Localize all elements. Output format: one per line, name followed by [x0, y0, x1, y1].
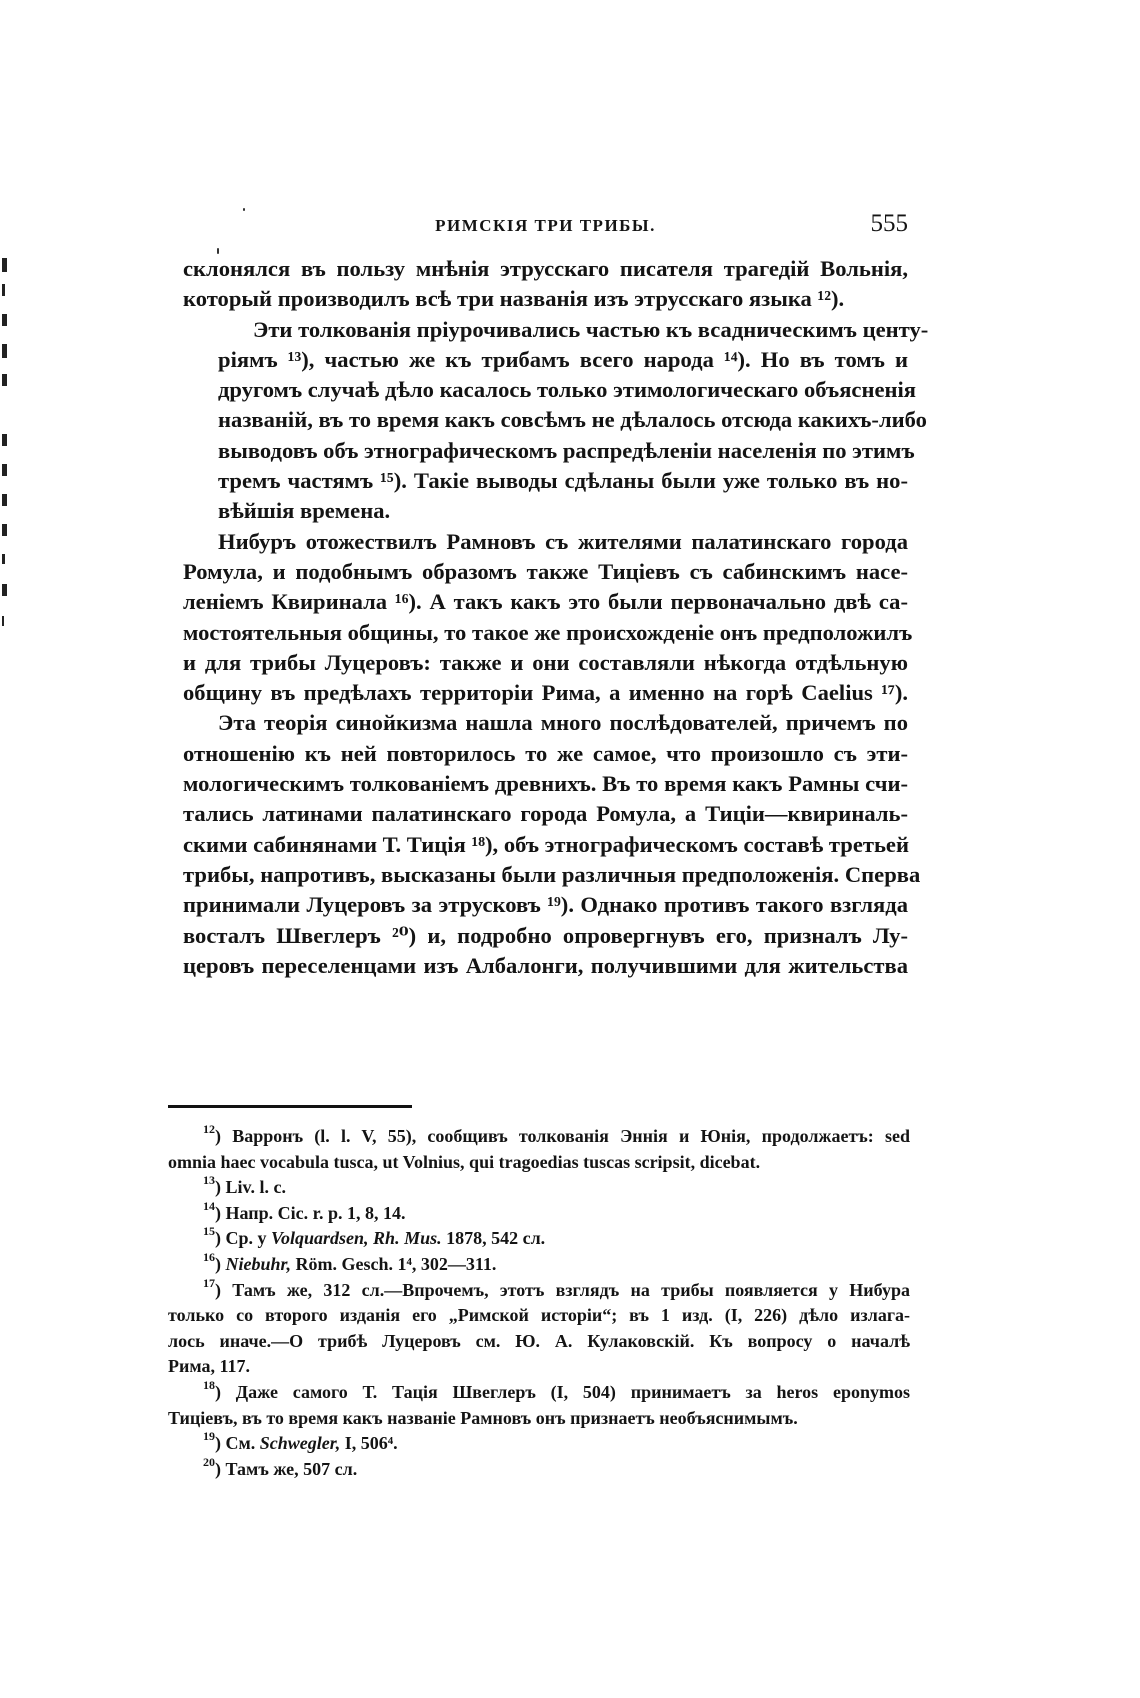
text-line: Нибуръ отожествилъ Рамновъ съ жителями п…: [183, 527, 908, 557]
citation-author: Schwegler,: [260, 1433, 341, 1453]
text-line: мостоятельныя общины, то такое же происх…: [183, 618, 908, 648]
footnote-15: 15) Ср. у Volquardsen, Rh. Mus. 1878, 54…: [168, 1226, 910, 1252]
text-line: тремъ частямъ ¹⁵). Такіе выводы сдѣланы …: [183, 466, 908, 496]
paragraph-4: Эта теорія синойкизма нашла много послѣд…: [183, 708, 908, 981]
left-margin-bleed-marks: [0, 258, 14, 678]
footnote-marker: 18: [203, 1378, 215, 1392]
text-line: церовъ переселенцами изъ Албалонги, полу…: [183, 951, 908, 981]
footnotes: 12) Варронъ (l. l. V, 55), сообщивъ толк…: [168, 1124, 910, 1482]
text-line: и для трибы Луцеровъ: также и они состав…: [183, 648, 908, 678]
text-line: леніемъ Квиринала ¹⁶). А такъ какъ это б…: [183, 587, 908, 617]
footnote-marker: 17: [203, 1276, 215, 1290]
footnote-divider: [168, 1105, 412, 1108]
footnote-17: 17) Тамъ же, 312 сл.—Впрочемъ, этотъ взг…: [168, 1278, 910, 1380]
text-line: трибы, напротивъ, высказаны были различн…: [183, 860, 908, 890]
footnote-text: Тиціевъ, въ то время какъ названіе Рамно…: [168, 1406, 910, 1432]
text-line: мологическимъ толкованіемъ древнихъ. Въ …: [183, 769, 908, 799]
page-number: 555: [871, 210, 909, 238]
text-line: скими сабинянами Т. Тиція ¹⁸), объ этног…: [183, 830, 908, 860]
citation-author: Volquardsen, Rh. Mus.: [271, 1228, 442, 1248]
text-line: названій, въ то время какъ совсѣмъ не дѣ…: [183, 405, 908, 435]
footnote-marker: 12: [203, 1122, 215, 1136]
footnote-12: 12) Варронъ (l. l. V, 55), сообщивъ толк…: [168, 1124, 910, 1175]
footnote-text: omnia haec vocabula tusca, ut Volnius, q…: [168, 1150, 910, 1176]
text-line: Эта теорія синойкизма нашла много послѣд…: [183, 708, 908, 738]
footnote-text: Тамъ же, 507 сл.: [226, 1459, 358, 1479]
footnote-text: только со второго изданія его „Римской и…: [168, 1303, 910, 1329]
footnote-marker: 14: [203, 1199, 215, 1213]
footnote-marker: 13: [203, 1173, 215, 1187]
footnote-text: Даже самого Т. Тація Швеглеръ (I, 504) п…: [236, 1382, 910, 1402]
paragraph-2: Эти толкованія пріурочивались частью къ …: [183, 315, 908, 527]
footnote-marker: 20: [203, 1455, 215, 1469]
footnote-text: Тамъ же, 312 сл.—Впрочемъ, этотъ взглядъ…: [232, 1280, 910, 1300]
footnote-text: Liv. l. c.: [226, 1177, 287, 1197]
running-head: РИМСКІЯ ТРИ ТРИБЫ. 555: [183, 212, 908, 242]
text-line: восталъ Швеглеръ ²⁰) и, подробно опровер…: [183, 921, 908, 951]
paragraph-1: склонялся въ пользу мнѣнія этрусскаго пи…: [183, 254, 908, 315]
footnote-marker: 19: [203, 1429, 215, 1443]
text-line: склонялся въ пользу мнѣнія этрусскаго пи…: [183, 254, 908, 284]
text-line: Эти толкованія пріурочивались частью къ …: [183, 315, 908, 345]
body-text: склонялся въ пользу мнѣнія этрусскаго пи…: [183, 254, 908, 981]
text-line: общину въ предѣлахъ территоріи Рима, а и…: [183, 678, 908, 708]
text-line: который производилъ всѣ три названія изъ…: [183, 284, 908, 314]
text-line: выводовъ объ этнографическомъ распредѣле…: [183, 436, 908, 466]
paragraph-3: Нибуръ отожествилъ Рамновъ съ жителями п…: [183, 527, 908, 709]
text-line: другомъ случаѣ дѣло касалось только этим…: [183, 375, 908, 405]
footnote-19: 19) См. Schwegler, I, 506⁴.: [168, 1431, 910, 1457]
text-line: принимали Луцеровъ за этрусковъ ¹⁹). Одн…: [183, 890, 908, 920]
text-line: отношенію къ ней повторилось то же самое…: [183, 739, 908, 769]
print-speck: [243, 208, 245, 211]
footnote-text: Варронъ (l. l. V, 55), сообщивъ толкован…: [232, 1126, 910, 1146]
footnote-marker: 16: [203, 1250, 215, 1264]
scanned-page: РИМСКІЯ ТРИ ТРИБЫ. 555 склонялся въ поль…: [0, 0, 1140, 1698]
running-title: РИМСКІЯ ТРИ ТРИБЫ.: [183, 216, 908, 236]
text-line: вѣйшія времена.: [183, 496, 908, 526]
text-line: тались латинами палатинскаго города Рому…: [183, 799, 908, 829]
footnote-text: Напр. Cic. r. p. 1, 8, 14.: [226, 1203, 406, 1223]
footnote-14: 14) Напр. Cic. r. p. 1, 8, 14.: [168, 1201, 910, 1227]
footnote-text: лось иначе.—О трибѣ Луцеровъ см. Ю. А. К…: [168, 1329, 910, 1355]
citation-author: Niebuhr,: [226, 1254, 292, 1274]
footnote-marker: 15: [203, 1224, 215, 1238]
footnote-20: 20) Тамъ же, 507 сл.: [168, 1457, 910, 1483]
footnote-13: 13) Liv. l. c.: [168, 1175, 910, 1201]
footnote-text: Рима, 117.: [168, 1354, 910, 1380]
footnote-16: 16) Niebuhr, Röm. Gesch. 1⁴, 302—311.: [168, 1252, 910, 1278]
text-line: Ромула, и подобнымъ образомъ также Тиціе…: [183, 557, 908, 587]
text-line: ріямъ ¹³), частью же къ трибамъ всего на…: [183, 345, 908, 375]
footnote-18: 18) Даже самого Т. Тація Швеглеръ (I, 50…: [168, 1380, 910, 1431]
